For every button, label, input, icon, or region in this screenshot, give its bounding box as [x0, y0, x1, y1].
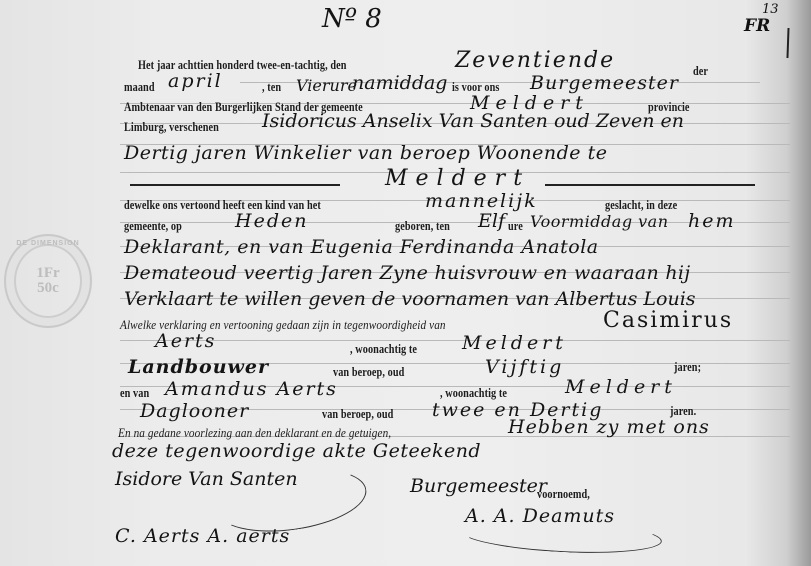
handwritten-text: Demateoud veertig Jaren Zyne huisvrouw e… [124, 262, 690, 284]
stamp-value-cents: 50c [37, 281, 59, 296]
printed-text: en van [120, 386, 149, 401]
handwritten-month: april [168, 70, 223, 92]
handwritten-witness-2-residence: Meldert [565, 376, 677, 398]
handwritten-text: deze tegenwoordige akte Geteekend [112, 440, 481, 462]
handwritten-mother: Deklarant, en van Eugenia Ferdinanda Ana… [124, 236, 599, 258]
stamp-ring-text: DE DIMENSION [6, 240, 90, 247]
birth-certificate-page: Nº 8 13 FR DE DIMENSION 1Fr 50c Het jaar… [0, 0, 811, 566]
handwritten-child-names: Verklaart te willen geven de voornamen v… [124, 288, 696, 310]
printed-text: jaren; [674, 360, 701, 375]
signature-flourish [459, 515, 662, 558]
handwritten-witness-1-age: Vijftig [485, 356, 564, 378]
tax-stamp: DE DIMENSION 1Fr 50c [4, 234, 92, 328]
handwritten-hour: Vierure [296, 76, 357, 95]
printed-text: van beroep, oud [333, 365, 404, 380]
handwritten-birth-hour: Elf [478, 210, 505, 232]
handwritten-text: Hebben zy met ons [508, 416, 710, 438]
handwritten-witness-2-occupation: Daglooner [140, 400, 249, 422]
printed-text: , ten [262, 80, 281, 95]
printed-text: En na gedane voorlezing aan den deklaran… [118, 426, 391, 441]
handwritten-text: Dertig jaren Winkelier van beroep Woonen… [124, 142, 607, 164]
margin-number: 13 [762, 2, 779, 17]
handwritten-mayor-title: Burgemeester [410, 475, 547, 497]
handwritten-sex: mannelijk [425, 190, 538, 212]
handwritten-day: Zeventiende [455, 48, 615, 73]
printed-text: geboren, ten [395, 219, 450, 234]
printed-text: gemeente, op [124, 219, 182, 234]
ruled-line [120, 340, 790, 341]
handwritten-official: Burgemeester [530, 72, 679, 94]
blank-fill-stroke [545, 184, 755, 186]
printed-text: ure [508, 219, 523, 234]
printed-text: Limburg, verschenen [124, 120, 219, 135]
handwritten-witness-1-residence: Meldert [462, 332, 567, 354]
printed-text: voornoemd, [537, 487, 590, 502]
printed-text: geslacht, in deze [605, 198, 677, 213]
margin-mark: FR [744, 16, 770, 36]
blank-fill-stroke [130, 184, 340, 186]
margin-stroke [786, 28, 789, 58]
handwritten-witness-2-name: Amandus Aerts [165, 378, 338, 400]
printed-text: , woonachtig te [350, 342, 417, 357]
record-number: Nº 8 [322, 4, 382, 34]
printed-text: maand [124, 80, 155, 95]
handwritten-residence: Meldert [385, 166, 530, 191]
signature-witnesses: C. Aerts A. aerts [115, 525, 290, 547]
printed-text: van beroep, oud [322, 407, 393, 422]
handwritten-witness-1-first: Casimirus [603, 308, 733, 333]
handwritten-witness-1-occupation: Landbouwer [128, 356, 269, 378]
handwritten-witness-1-last: Aerts [155, 330, 216, 352]
handwritten-declarant: Isidoricus Anselix Van Santen oud Zeven … [262, 110, 684, 132]
handwritten-text: hem [688, 210, 736, 232]
handwritten-birth-day: Heden [235, 210, 308, 232]
printed-text: der [693, 64, 708, 79]
stamp-value-francs: 1Fr [36, 266, 59, 281]
handwritten-text: Voormiddag van [530, 212, 669, 231]
handwritten-part-of-day: namiddag [352, 72, 447, 94]
